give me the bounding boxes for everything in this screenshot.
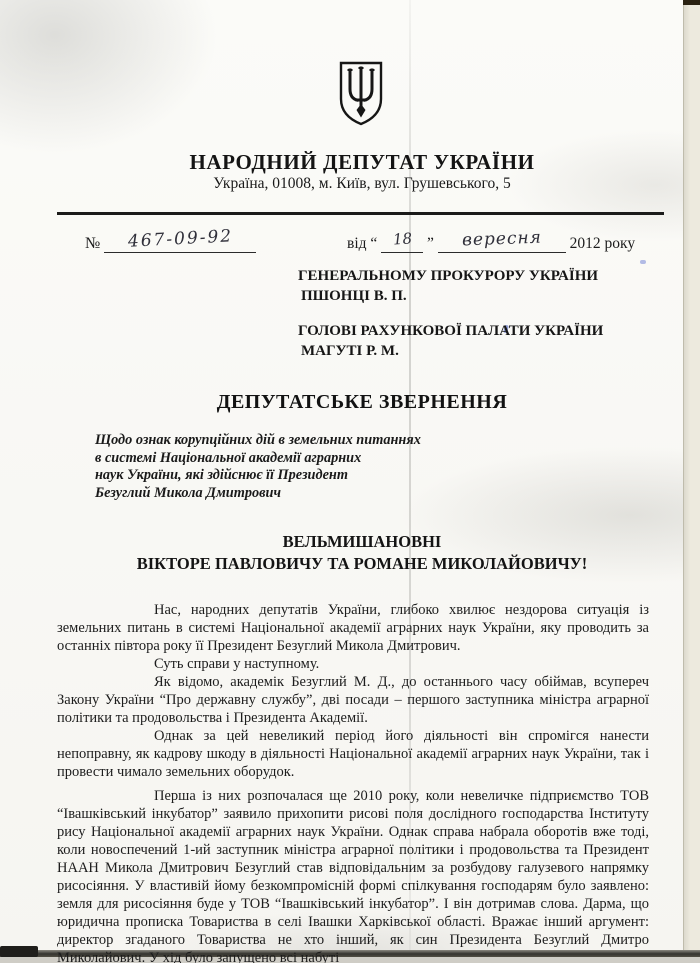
- date-day-underline: 18: [381, 230, 423, 253]
- addressee-name: МАГУТІ Р. М.: [298, 342, 603, 362]
- letterhead-address: Україна, 01008, м. Київ, вул. Грушевсько…: [0, 175, 700, 193]
- scan-corner-mark: [683, 0, 700, 5]
- scanned-letter-page: НАРОДНИЙ ДЕПУТАТ УКРАЇНИ Україна, 01008,…: [0, 0, 700, 963]
- date-prefix: від “: [347, 235, 377, 252]
- date-month-underline: вересня: [438, 230, 566, 253]
- reference-line: № 467-09-92 від “ 18 ” вересня 2012 року: [57, 230, 664, 256]
- scan-bottom-left-blob: [0, 946, 38, 957]
- addressee-position: ГОЛОВІ РАХУНКОВОЇ ПАЛАТИ УКРАЇНИ: [298, 322, 603, 342]
- scan-edge-strip: [683, 0, 700, 951]
- date-day-handwritten: 18: [392, 229, 412, 248]
- subject-line: в системі Національної академії аграрних: [95, 450, 421, 468]
- body-paragraph: Суть справи у наступному.: [57, 655, 649, 673]
- body-paragraph: Однак за цей невеликий період його діяль…: [57, 727, 649, 781]
- date-close-quote: ”: [427, 235, 434, 252]
- document-title: ДЕПУТАТСЬКЕ ЗВЕРНЕННЯ: [0, 391, 700, 414]
- addressee-position: ГЕНЕРАЛЬНОМУ ПРОКУРОРУ УКРАЇНИ: [298, 267, 603, 287]
- addressee-block: ГЕНЕРАЛЬНОМУ ПРОКУРОРУ УКРАЇНИ ПШОНЦІ В.…: [298, 267, 603, 377]
- ink-speck: [640, 260, 646, 264]
- ukraine-coat-of-arms-icon: [337, 60, 385, 128]
- addressee-prosecutor-general: ГЕНЕРАЛЬНОМУ ПРОКУРОРУ УКРАЇНИ ПШОНЦІ В.…: [298, 267, 603, 306]
- date-month-handwritten: вересня: [462, 228, 543, 251]
- doc-number-handwritten: 467-09-92: [127, 226, 233, 251]
- subject-line: Безуглий Микола Дмитрович: [95, 485, 421, 503]
- addressee-name: ПШОНЦІ В. П.: [298, 287, 603, 307]
- letter-body: Нас, народних депутатів України, глибоко…: [57, 601, 649, 963]
- salutation: ВЕЛЬМИШАНОВНІ ВІКТОРЕ ПАВЛОВИЧУ ТА РОМАН…: [0, 531, 700, 575]
- date-year-suffix: 2012 року: [570, 235, 635, 252]
- doc-number-underline: 467-09-92: [104, 230, 256, 253]
- salutation-line: ВЕЛЬМИШАНОВНІ: [0, 531, 700, 553]
- addressee-accounting-chamber-head: ГОЛОВІ РАХУНКОВОЇ ПАЛАТИ УКРАЇНИ МАГУТІ …: [298, 322, 603, 361]
- letterhead-divider: [57, 212, 664, 215]
- subject-block: Щодо ознак корупційних дій в земельних п…: [95, 432, 421, 502]
- doc-date-group: від “ 18 ” вересня 2012 року: [347, 230, 635, 253]
- body-paragraph: Як відомо, академік Безуглий М. Д., до о…: [57, 673, 649, 727]
- subject-line: Щодо ознак корупційних дій в земельних п…: [95, 432, 421, 450]
- body-paragraph: Нас, народних депутатів України, глибоко…: [57, 601, 649, 655]
- salutation-line: ВІКТОРЕ ПАВЛОВИЧУ ТА РОМАНЕ МИКОЛАЙОВИЧУ…: [0, 553, 700, 575]
- body-paragraph: Перша із них розпочалася ще 2010 року, к…: [57, 787, 649, 963]
- doc-number-group: № 467-09-92: [85, 230, 256, 253]
- letterhead-org-title: НАРОДНИЙ ДЕПУТАТ УКРАЇНИ: [0, 150, 700, 175]
- doc-number-label: №: [85, 235, 100, 252]
- subject-line: наук України, які здійснює її Президент: [95, 467, 421, 485]
